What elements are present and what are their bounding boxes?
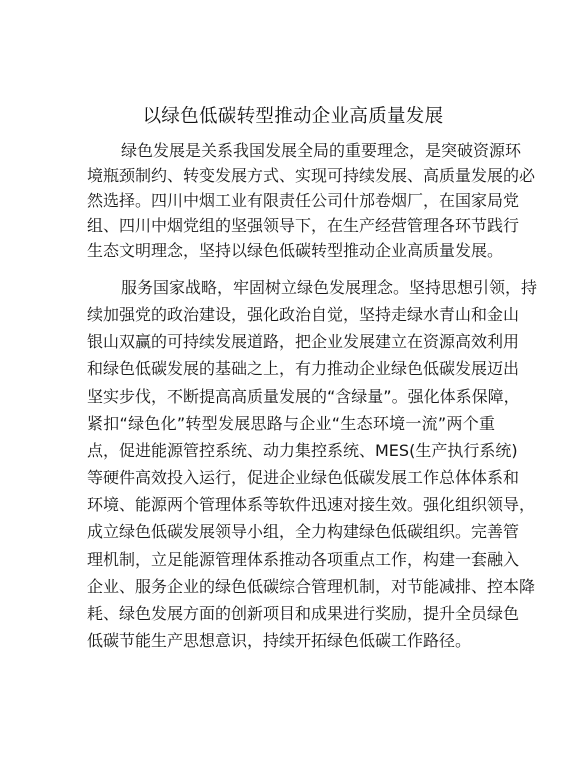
text-line: 服务国家战略，牢固树立绿色发展理念。坚持思想引领，持 bbox=[121, 275, 495, 300]
text-line: 境瓶颈制约、转变发展方式、实现可持续发展、高质量发展的必 bbox=[87, 163, 495, 188]
text-line: 低碳节能生产思想意识，持续开拓绿色低碳工作路径。 bbox=[87, 628, 495, 653]
document-page: 以绿色低碳转型推动企业高质量发展 绿色发展是关系我国发展全局的重要理念，是突破资… bbox=[0, 0, 586, 759]
text-line: 耗、绿色发展方面的创新项目和成果进行奖励，提升全员绿色 bbox=[87, 601, 495, 626]
document-title: 以绿色低碳转型推动企业高质量发展 bbox=[0, 104, 586, 130]
text-line: 成立绿色低碳发展领导小组，全力构建绿色低碳组织。完善管 bbox=[87, 519, 495, 544]
text-line: 生态文明理念，坚持以绿色低碳转型推动企业高质量发展。 bbox=[87, 238, 495, 263]
text-line: 续加强党的政治建设，强化政治自觉，坚持走绿水青山和金山 bbox=[87, 302, 495, 327]
text-line: 紧扣“绿色化”转型发展思路与企业“生态环境一流”两个重 bbox=[87, 411, 495, 436]
text-line: 环境、能源两个管理体系等软件迅速对接生效。强化组织领导， bbox=[87, 492, 495, 517]
text-line: 绿色发展是关系我国发展全局的重要理念，是突破资源环 bbox=[121, 138, 495, 163]
text-line: 企业、服务企业的绿色低碳综合管理机制，对节能减排、控本降 bbox=[87, 574, 495, 599]
text-line: 和绿色低碳发展的基础之上，有力推动企业绿色低碳发展迈出 bbox=[87, 356, 495, 381]
text-line: 然选择。四川中烟工业有限责任公司什邡卷烟厂，在国家局党 bbox=[87, 188, 495, 213]
text-line: 理机制，立足能源管理体系推动各项重点工作，构建一套融入 bbox=[87, 547, 495, 572]
text-line: 银山双赢的可持续发展道路，把企业发展建立在资源高效利用 bbox=[87, 329, 495, 354]
text-line: 等硬件高效投入运行，促进企业绿色低碳发展工作总体体系和 bbox=[87, 465, 495, 490]
text-line: 点，促进能源管控系统、动力集控系统、MES(生产执行系统) bbox=[87, 438, 495, 463]
text-line: 坚实步伐，不断提高高质量发展的“含绿量”。强化体系保障， bbox=[87, 384, 495, 409]
text-line: 组、四川中烟党组的坚强领导下，在生产经营管理各环节践行 bbox=[87, 213, 495, 238]
